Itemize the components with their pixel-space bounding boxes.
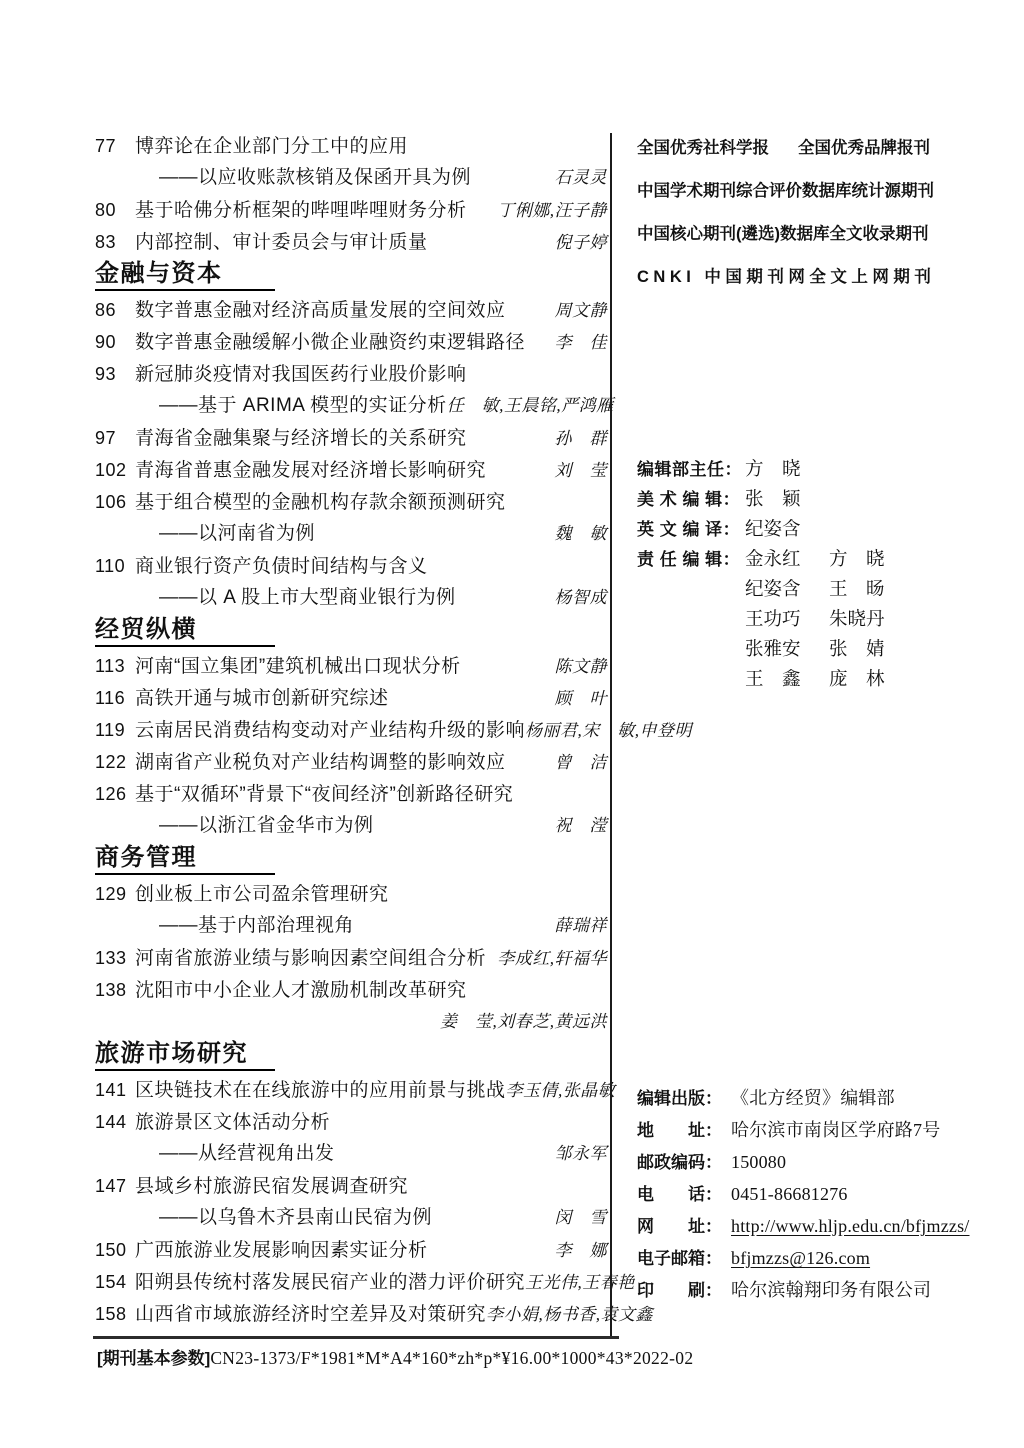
page-number: 93 bbox=[95, 358, 135, 390]
toc-entry: 80 基于哈佛分析框架的哔哩哔哩财务分析 丁俐娜,汪子静 bbox=[95, 194, 611, 226]
page-number: 77 bbox=[95, 130, 135, 162]
article-authors: 周文静 bbox=[555, 295, 612, 327]
staff-role-label: 责 任 编 辑： bbox=[637, 545, 745, 575]
article-subtitle: ——以 A 股上市大型商业银行为例 bbox=[159, 582, 456, 614]
journal-parameters: [期刊基本参数]CN23-1373/F*1981*M*A4*160*zh*p*¥… bbox=[97, 1344, 657, 1372]
staff-name: 纪姿含 bbox=[745, 575, 829, 605]
publisher-info-row: 电 话： 0451-86681276 bbox=[637, 1178, 967, 1210]
info-label: 邮政编码： bbox=[637, 1147, 731, 1179]
toc-entry: 116 高铁开通与城市创新研究综述 顾 叶 bbox=[95, 682, 611, 714]
info-value: 《北方经贸》编辑部 bbox=[731, 1082, 895, 1114]
section-underline bbox=[95, 1069, 275, 1071]
toc-entry: ——以浙江省金华市为例 祝 滢 bbox=[95, 810, 611, 842]
toc-column: 77 博弈论在企业部门分工中的应用 ——以应收账款核销及保函开具为例 石灵灵 8… bbox=[95, 130, 611, 1330]
toc-entry: 83 内部控制、审计委员会与审计质量 倪子婷 bbox=[95, 226, 611, 258]
editorial-staff-row: 王功巧 朱晓丹 bbox=[637, 605, 957, 635]
info-value: 哈尔滨翰翔印务有限公司 bbox=[731, 1274, 931, 1306]
article-authors: 李 娜 bbox=[555, 1235, 612, 1267]
page-number: 90 bbox=[95, 326, 135, 358]
article-title: 阳朔县传统村落发展民宿产业的潜力评价研究 bbox=[135, 1267, 525, 1299]
accolade-text: CNKI 中国期刊网全文上网期刊 bbox=[637, 268, 935, 286]
editorial-staff-row: 王 鑫 庞 林 bbox=[637, 665, 957, 695]
article-title: 云南居民消费结构变动对产业结构升级的影响 bbox=[135, 715, 525, 747]
accolade-text: 全国优秀社科学报 bbox=[637, 127, 769, 170]
article-authors: 杨智成 bbox=[555, 582, 612, 614]
toc-entry: 97 青海省金融集聚与经济增长的关系研究 孙 群 bbox=[95, 422, 611, 454]
page-number: 150 bbox=[95, 1234, 135, 1266]
staff-name-second: 张 婧 bbox=[829, 635, 885, 665]
article-authors: 石灵灵 bbox=[555, 162, 612, 194]
article-title: 县域乡村旅游民宿发展调查研究 bbox=[135, 1171, 408, 1203]
page-number: 97 bbox=[95, 422, 135, 454]
page-number: 129 bbox=[95, 878, 135, 910]
section-underline bbox=[95, 873, 275, 875]
article-title: 青海省金融集聚与经济增长的关系研究 bbox=[135, 423, 467, 455]
staff-name-second: 朱晓丹 bbox=[829, 605, 885, 635]
page-number: 154 bbox=[95, 1266, 135, 1298]
article-title: 基于“双循环”背景下“夜间经济”创新路径研究 bbox=[135, 779, 513, 811]
article-subtitle: ——以应收账款核销及保函开具为例 bbox=[159, 162, 471, 194]
info-label: 编辑出版： bbox=[637, 1083, 731, 1115]
page-number: 110 bbox=[95, 550, 135, 582]
article-authors: 孙 群 bbox=[555, 423, 612, 455]
article-title: 河南省旅游业绩与影响因素空间组合分析 bbox=[135, 943, 486, 975]
page-number: 83 bbox=[95, 226, 135, 258]
article-title: 旅游景区文体活动分析 bbox=[135, 1107, 330, 1139]
article-subtitle: ——以浙江省金华市为例 bbox=[159, 810, 374, 842]
toc-entry: 86 数字普惠金融对经济高质量发展的空间效应 周文静 bbox=[95, 294, 611, 326]
article-title: 商业银行资产负债时间结构与含义 bbox=[135, 551, 428, 583]
article-authors: 姜 莹,刘春芝,黄远洪 bbox=[440, 1006, 611, 1038]
staff-name: 纪姿含 bbox=[745, 515, 829, 545]
article-title: 沈阳市中小企业人才激励机制改革研究 bbox=[135, 975, 467, 1007]
journal-params-label: [期刊基本参数] bbox=[97, 1349, 210, 1368]
page-number: 113 bbox=[95, 650, 135, 682]
accolade-text: 中国核心期刊(遴选)数据库全文收录期刊 bbox=[637, 213, 929, 256]
article-title: 广西旅游业发展影响因素实证分析 bbox=[135, 1235, 428, 1267]
toc-entry: ——以应收账款核销及保函开具为例 石灵灵 bbox=[95, 162, 611, 194]
page-number: 102 bbox=[95, 454, 135, 486]
publisher-info-row: 邮政编码： 150080 bbox=[637, 1146, 967, 1178]
article-authors: 薛瑞祥 bbox=[555, 910, 612, 942]
toc-entry: 119 云南居民消费结构变动对产业结构升级的影响 杨丽君,宋 敏,申登明 bbox=[95, 714, 611, 746]
article-authors: 陈文静 bbox=[555, 651, 612, 683]
toc-entry: ——以 A 股上市大型商业银行为例 杨智成 bbox=[95, 582, 611, 614]
page-number: 119 bbox=[95, 714, 135, 746]
editorial-staff-row: 美 术 编 辑： 张 颖 bbox=[637, 485, 957, 515]
article-authors: 顾 叶 bbox=[555, 683, 612, 715]
article-title: 湖南省产业税负对产业结构调整的影响效应 bbox=[135, 747, 506, 779]
toc-entry: 122 湖南省产业税负对产业结构调整的影响效应 曾 洁 bbox=[95, 746, 611, 778]
staff-role-label: 编辑部主任： bbox=[637, 455, 745, 485]
editorial-staff-row: 编辑部主任： 方 晓 bbox=[637, 455, 957, 485]
accolade-text-right: 全国优秀品牌报刊 bbox=[798, 127, 930, 170]
toc-entry: 158 山西省市域旅游经济时空差异及对策研究 李小娟,杨书香,袁文鑫 bbox=[95, 1298, 611, 1330]
article-authors: 倪子婷 bbox=[555, 227, 612, 259]
article-subtitle: ——基于内部治理视角 bbox=[159, 910, 354, 942]
editorial-staff-row: 纪姿含 王 旸 bbox=[637, 575, 957, 605]
toc-entry: 138 沈阳市中小企业人才激励机制改革研究 bbox=[95, 974, 611, 1006]
toc-entry: 93 新冠肺炎疫情对我国医药行业股价影响 bbox=[95, 358, 611, 390]
section-title: 经贸纵横 bbox=[95, 617, 611, 643]
page-number: 126 bbox=[95, 778, 135, 810]
article-title: 博弈论在企业部门分工中的应用 bbox=[135, 131, 408, 163]
accolade-line: 中国学术期刊综合评价数据库统计源期刊 bbox=[637, 170, 930, 213]
article-title: 内部控制、审计委员会与审计质量 bbox=[135, 227, 428, 259]
info-value: 150080 bbox=[731, 1146, 786, 1178]
staff-name: 金永红 bbox=[745, 545, 829, 575]
page-number: 133 bbox=[95, 942, 135, 974]
website-link[interactable]: http://www.hljp.edu.cn/bfjmzzs/ bbox=[731, 1210, 970, 1242]
article-authors: 李成红,轩福华 bbox=[497, 943, 611, 975]
editorial-staff-row: 张雅安 张 婧 bbox=[637, 635, 957, 665]
article-subtitle: ——以乌鲁木齐县南山民宿为例 bbox=[159, 1202, 432, 1234]
article-title: 数字普惠金融缓解小微企业融资约束逻辑路径 bbox=[135, 327, 525, 359]
toc-entry: 90 数字普惠金融缓解小微企业融资约束逻辑路径 李 佳 bbox=[95, 326, 611, 358]
article-title: 基于哈佛分析框架的哔哩哔哩财务分析 bbox=[135, 195, 467, 227]
article-authors: 李小娟,杨书香,袁文鑫 bbox=[486, 1299, 657, 1331]
toc-entry: 113 河南“国立集团”建筑机械出口现状分析 陈文静 bbox=[95, 650, 611, 682]
page-number: 144 bbox=[95, 1106, 135, 1138]
accolade-line: 中国核心期刊(遴选)数据库全文收录期刊 bbox=[637, 213, 930, 256]
staff-name-second: 方 晓 bbox=[829, 545, 885, 575]
toc-entry: 133 河南省旅游业绩与影响因素空间组合分析 李成红,轩福华 bbox=[95, 942, 611, 974]
editorial-staff-row: 英 文 编 译： 纪姿含 bbox=[637, 515, 957, 545]
article-authors: 李 佳 bbox=[555, 327, 612, 359]
section-header: 经贸纵横 bbox=[95, 614, 611, 650]
article-authors: 刘 莹 bbox=[555, 455, 612, 487]
article-title: 河南“国立集团”建筑机械出口现状分析 bbox=[135, 651, 461, 683]
accolade-line: 全国优秀社科学报 全国优秀品牌报刊 bbox=[637, 127, 930, 170]
accolade-text: 中国学术期刊综合评价数据库统计源期刊 bbox=[637, 170, 934, 213]
toc-entry: 150 广西旅游业发展影响因素实证分析 李 娜 bbox=[95, 1234, 611, 1266]
toc-entry: 姜 莹,刘春芝,黄远洪 bbox=[95, 1006, 611, 1038]
page-number: 116 bbox=[95, 682, 135, 714]
article-authors: 曾 洁 bbox=[555, 747, 612, 779]
article-title: 区块链技术在在线旅游中的应用前景与挑战 bbox=[135, 1075, 506, 1107]
publisher-info-row: 地 址： 哈尔滨市南岗区学府路7号 bbox=[637, 1114, 967, 1146]
info-label: 印 刷： bbox=[637, 1275, 731, 1307]
section-title: 金融与资本 bbox=[95, 261, 611, 287]
column-divider bbox=[610, 133, 612, 1336]
footer-rule bbox=[93, 1336, 619, 1339]
page-number: 122 bbox=[95, 746, 135, 778]
article-title: 青海省普惠金融发展对经济增长影响研究 bbox=[135, 455, 486, 487]
section-title: 旅游市场研究 bbox=[95, 1041, 611, 1067]
toc-entry: ——以乌鲁木齐县南山民宿为例 闵 雪 bbox=[95, 1202, 611, 1234]
toc-entry: 154 阳朔县传统村落发展民宿产业的潜力评价研究 王光伟,王春艳 bbox=[95, 1266, 611, 1298]
accolades-block: 全国优秀社科学报 全国优秀品牌报刊 中国学术期刊综合评价数据库统计源期刊 中国核… bbox=[637, 127, 930, 299]
section-header: 金融与资本 bbox=[95, 258, 611, 294]
article-authors: 丁俐娜,汪子静 bbox=[497, 195, 611, 227]
toc-entry: 102 青海省普惠金融发展对经济增长影响研究 刘 莹 bbox=[95, 454, 611, 486]
staff-role-label: 英 文 编 译： bbox=[637, 515, 745, 545]
staff-role-label: 美 术 编 辑： bbox=[637, 485, 745, 515]
article-authors: 邹永军 bbox=[555, 1138, 612, 1170]
staff-name-second: 庞 林 bbox=[829, 665, 885, 695]
publisher-info-row: 电子邮箱： bfjmzzs@126.com bbox=[637, 1242, 967, 1274]
toc-entry: ——以河南省为例 魏 敏 bbox=[95, 518, 611, 550]
article-authors: 魏 敏 bbox=[555, 518, 612, 550]
toc-entry: 126 基于“双循环”背景下“夜间经济”创新路径研究 bbox=[95, 778, 611, 810]
article-title: 山西省市域旅游经济时空差异及对策研究 bbox=[135, 1299, 486, 1331]
section-header: 商务管理 bbox=[95, 842, 611, 878]
info-label: 电子邮箱： bbox=[637, 1243, 731, 1275]
page-number: 147 bbox=[95, 1170, 135, 1202]
journal-toc-page: 77 博弈论在企业部门分工中的应用 ——以应收账款核销及保函开具为例 石灵灵 8… bbox=[0, 0, 1024, 1448]
article-authors: 闵 雪 bbox=[555, 1202, 612, 1234]
page-number: 141 bbox=[95, 1074, 135, 1106]
toc-entry: 77 博弈论在企业部门分工中的应用 bbox=[95, 130, 611, 162]
article-subtitle: ——从经营视角出发 bbox=[159, 1138, 335, 1170]
info-label: 电 话： bbox=[637, 1179, 731, 1211]
article-authors: 祝 滢 bbox=[555, 810, 612, 842]
toc-entry: 110 商业银行资产负债时间结构与含义 bbox=[95, 550, 611, 582]
toc-entry: 144 旅游景区文体活动分析 bbox=[95, 1106, 611, 1138]
section-header: 旅游市场研究 bbox=[95, 1038, 611, 1074]
editorial-staff-row: 责 任 编 辑： 金永红 方 晓 bbox=[637, 545, 957, 575]
toc-entry: 129 创业板上市公司盈余管理研究 bbox=[95, 878, 611, 910]
staff-name: 张雅安 bbox=[745, 635, 829, 665]
article-authors: 王光伟,王春艳 bbox=[525, 1267, 639, 1299]
editorial-staff-block: 编辑部主任： 方 晓 美 术 编 辑： 张 颖 英 文 编 译： 纪姿含 责 任… bbox=[637, 455, 957, 695]
section-underline bbox=[95, 289, 275, 291]
toc-entry: ——基于 ARIMA 模型的实证分析 任 敏,王晨铭,严鸿雁 bbox=[95, 390, 611, 422]
toc-entry: 106 基于组合模型的金融机构存款余额预测研究 bbox=[95, 486, 611, 518]
info-value: 哈尔滨市南岗区学府路7号 bbox=[731, 1114, 940, 1146]
staff-name: 张 颖 bbox=[745, 485, 829, 515]
staff-name-second: 王 旸 bbox=[829, 575, 885, 605]
staff-name: 方 晓 bbox=[745, 455, 829, 485]
page-number: 138 bbox=[95, 974, 135, 1006]
article-subtitle: ——以河南省为例 bbox=[159, 518, 315, 550]
article-authors: 李玉倩,张晶敏 bbox=[506, 1075, 620, 1107]
publisher-info-row: 网 址： http://www.hljp.edu.cn/bfjmzzs/ bbox=[637, 1210, 967, 1242]
article-title: 基于组合模型的金融机构存款余额预测研究 bbox=[135, 487, 506, 519]
publisher-info-block: 编辑出版： 《北方经贸》编辑部 地 址： 哈尔滨市南岗区学府路7号 邮政编码： … bbox=[637, 1082, 967, 1306]
info-label: 地 址： bbox=[637, 1115, 731, 1147]
info-label: 网 址： bbox=[637, 1211, 731, 1243]
article-title: 创业板上市公司盈余管理研究 bbox=[135, 879, 389, 911]
toc-entry: ——基于内部治理视角 薛瑞祥 bbox=[95, 910, 611, 942]
section-title: 商务管理 bbox=[95, 845, 611, 871]
toc-entry: ——从经营视角出发 邹永军 bbox=[95, 1138, 611, 1170]
article-authors: 任 敏,王晨铭,严鸿雁 bbox=[447, 390, 618, 422]
article-subtitle: ——基于 ARIMA 模型的实证分析 bbox=[159, 390, 447, 422]
page-number: 86 bbox=[95, 294, 135, 326]
info-value: 0451-86681276 bbox=[731, 1178, 848, 1210]
toc-entry: 147 县域乡村旅游民宿发展调查研究 bbox=[95, 1170, 611, 1202]
staff-name: 王 鑫 bbox=[745, 665, 829, 695]
toc-entry: 141 区块链技术在在线旅游中的应用前景与挑战 李玉倩,张晶敏 bbox=[95, 1074, 611, 1106]
page-number: 106 bbox=[95, 486, 135, 518]
email-link[interactable]: bfjmzzs@126.com bbox=[731, 1242, 870, 1274]
accolade-line: CNKI 中国期刊网全文上网期刊 bbox=[637, 256, 930, 299]
article-title: 高铁开通与城市创新研究综述 bbox=[135, 683, 389, 715]
article-title: 数字普惠金融对经济高质量发展的空间效应 bbox=[135, 295, 506, 327]
publisher-info-row: 编辑出版： 《北方经贸》编辑部 bbox=[637, 1082, 967, 1114]
publisher-info-row: 印 刷： 哈尔滨翰翔印务有限公司 bbox=[637, 1274, 967, 1306]
page-number: 80 bbox=[95, 194, 135, 226]
page-number: 158 bbox=[95, 1298, 135, 1330]
staff-name: 王功巧 bbox=[745, 605, 829, 635]
section-underline bbox=[95, 645, 275, 647]
journal-params-value: CN23-1373/F*1981*M*A4*160*zh*p*¥16.00*10… bbox=[210, 1348, 693, 1368]
article-title: 新冠肺炎疫情对我国医药行业股价影响 bbox=[135, 359, 467, 391]
